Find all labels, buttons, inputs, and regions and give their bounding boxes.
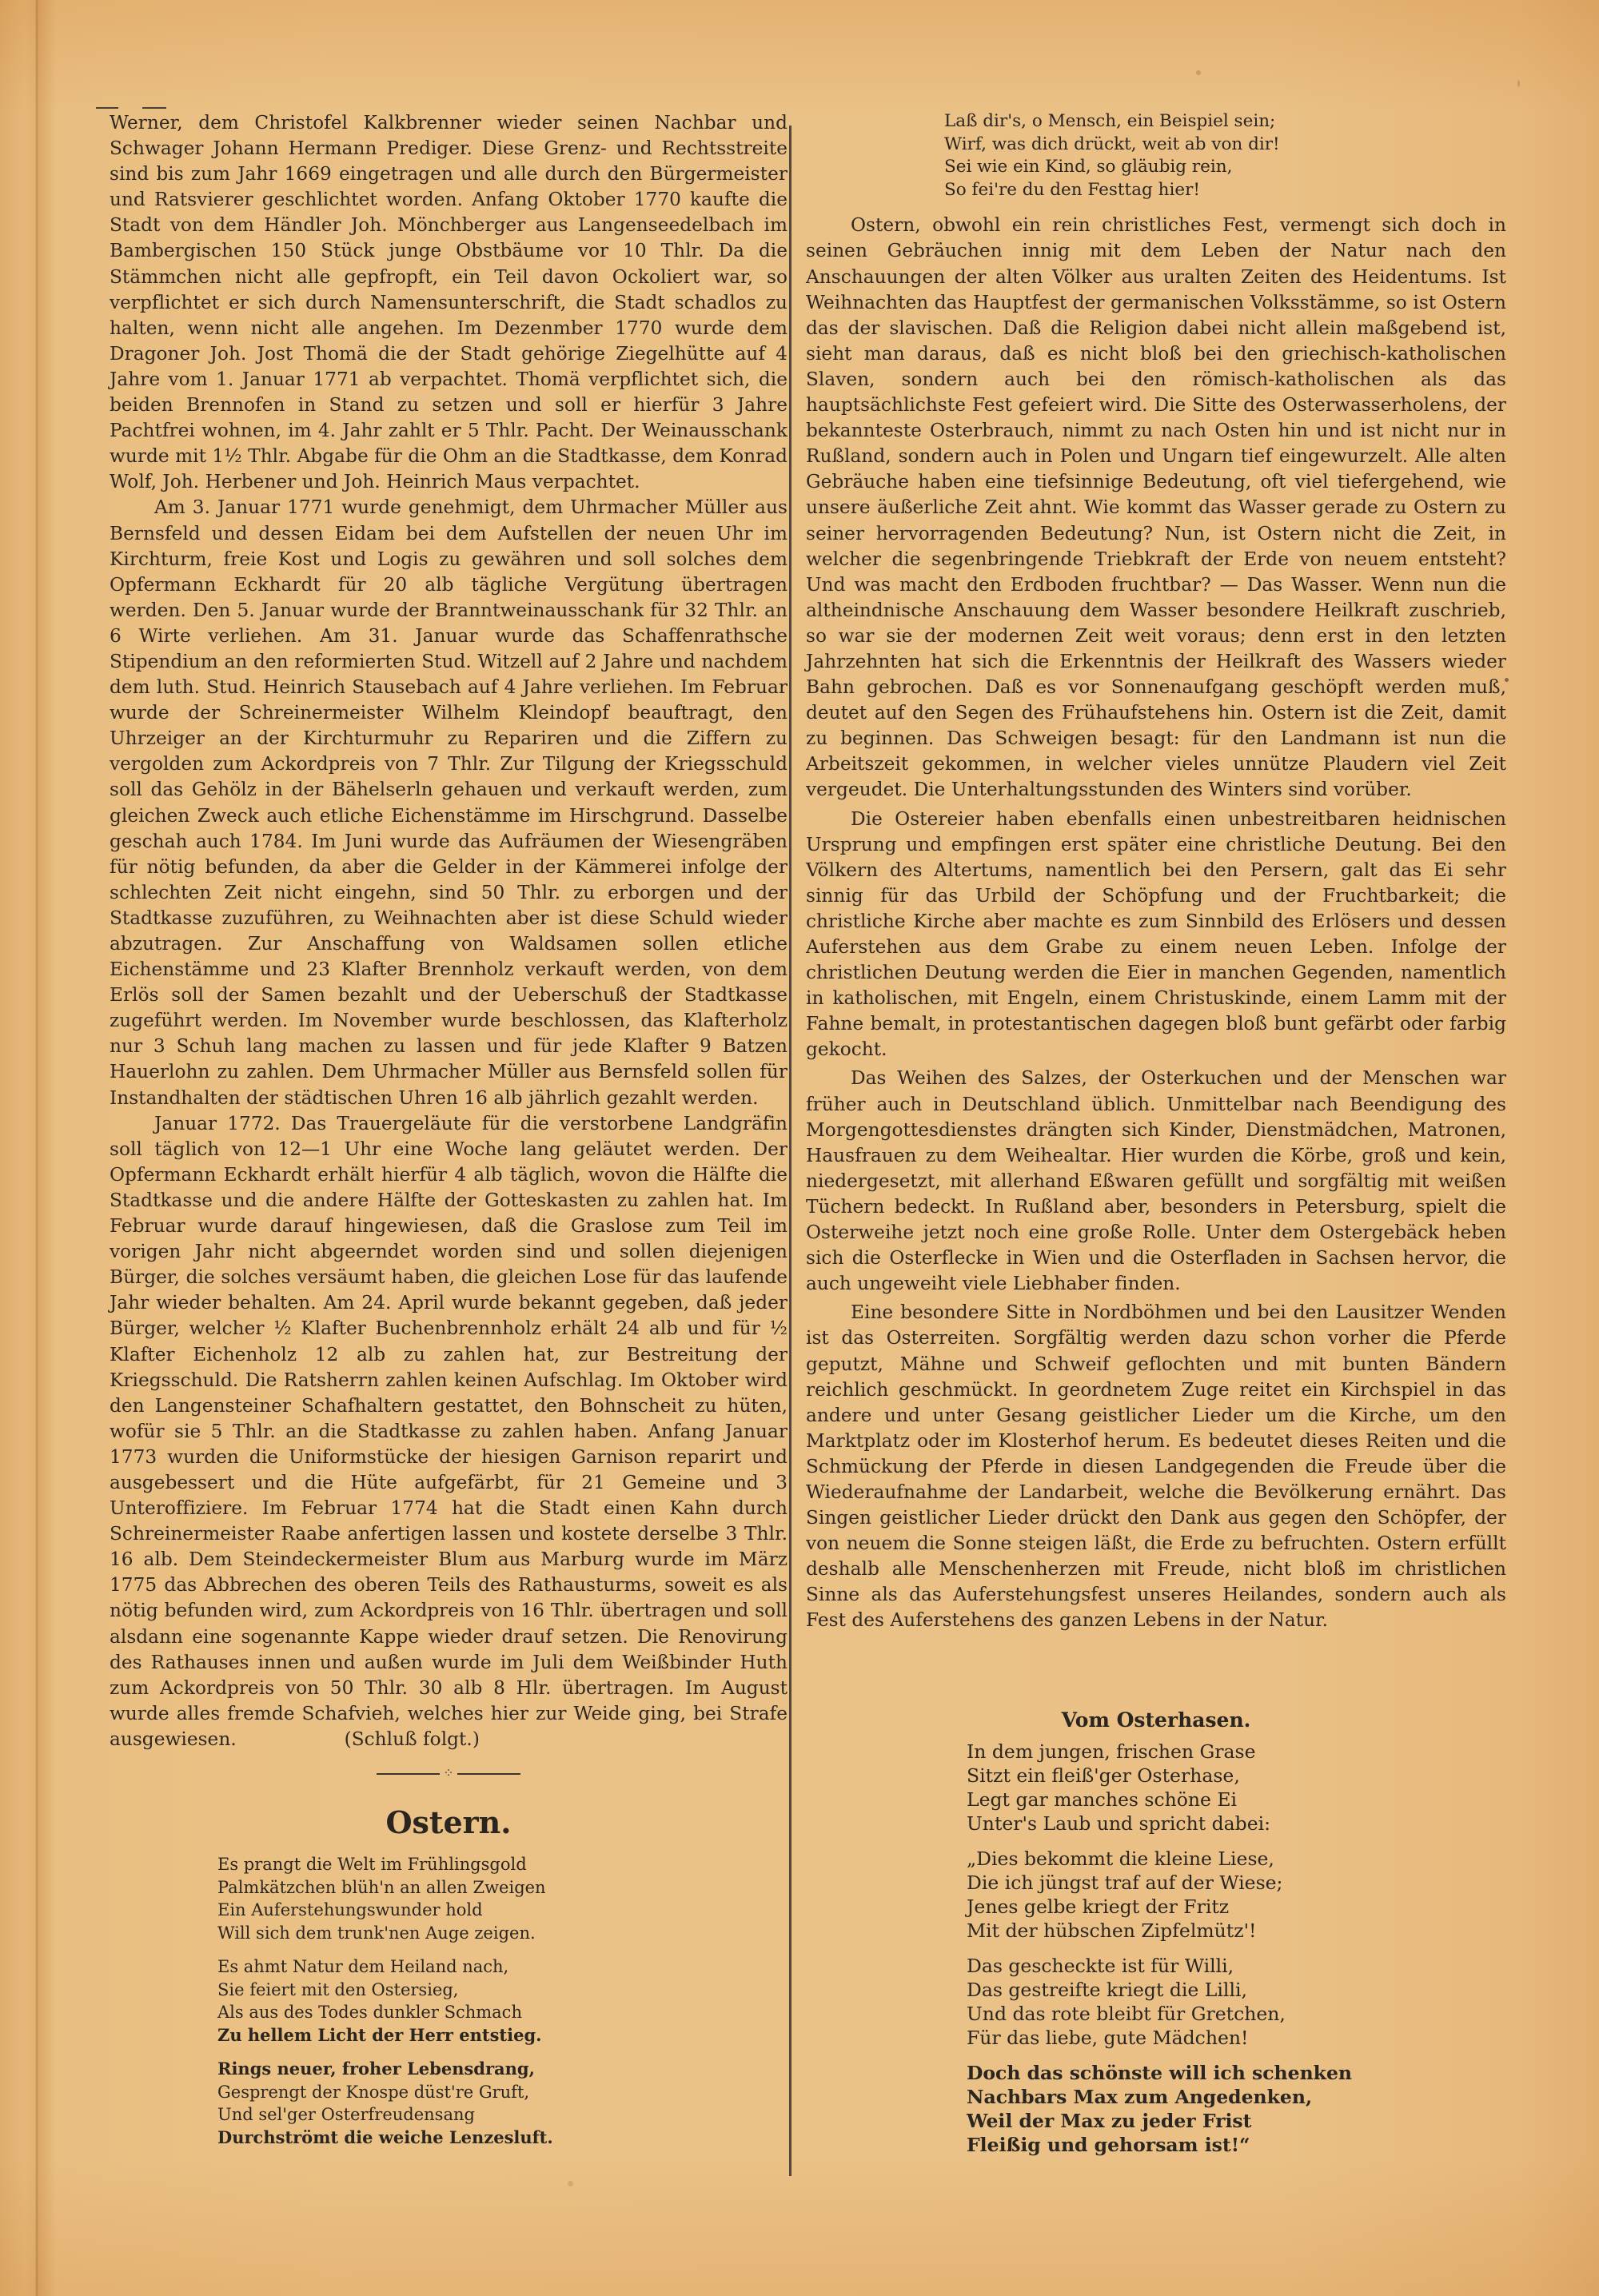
poem-line: „Dies bekommt die kleine Liese, [967,1847,1414,1871]
continued-note: (Schluß folgt.) [345,1728,480,1750]
poem-line: Es prangt die Welt im Frühlingsgold [217,1853,665,1876]
poem-line: Es ahmt Natur dem Heiland nach, [217,1955,665,1979]
ornament-glyph: ⁘ [443,1767,453,1780]
poem-line: Die ich jüngst traf auf der Wiese; [967,1871,1414,1895]
poem-line: Für das liebe, gute Mädchen! [967,2026,1414,2050]
poem-line: Will sich dem trunk'nen Auge zeigen. [217,1922,665,1945]
poem-line: Sei wie ein Kind, so gläubig rein, [944,156,1392,179]
paper-speck [568,2181,573,2186]
poem-line: Gesprengt der Knospe düst're Gruft, [217,2081,665,2104]
poem-line: Ein Auferstehungswunder hold [217,1899,665,1922]
poem-osterhase: In dem jungen, frischen Grase Sitzt ein … [967,1740,1414,2157]
poem-ostern-continued: Laß dir's, o Mensch, ein Beispiel sein; … [944,110,1392,201]
poem-line: Sitzt ein fleiß'ger Osterhase, [967,1764,1414,1788]
paper-speck [1196,70,1201,75]
poem-line: In dem jungen, frischen Grase [967,1740,1414,1764]
article-paragraph-text: Januar 1772. Das Trauergeläute für die v… [110,1113,788,1750]
poem-line: Und das rote bleibt für Gretchen, [967,2002,1414,2026]
right-column: Laß dir's, o Mensch, ein Beispiel sein; … [806,110,1506,2168]
poem-line: Fleißig und gehorsam ist!“ [967,2133,1414,2157]
poem-line: Legt gar manches schöne Ei [967,1788,1414,1812]
poem-stanza: Es ahmt Natur dem Heiland nach, Sie feie… [217,1955,665,2047]
poem-line: Nachbars Max zum Angedenken, [967,2085,1414,2109]
poem-stanza: Das gescheckte ist für Willi, Das gestre… [967,1954,1414,2050]
poem-line: Jenes gelbe kriegt der Fritz [967,1895,1414,1919]
poem-stanza: Es prangt die Welt im Frühlingsgold Palm… [217,1853,665,1944]
column-divider-rule [789,126,792,2176]
poem-title-ostern: Ostern. [110,1805,788,1840]
left-column: Werner, dem Christofel Kalkbrenner wiede… [110,110,788,2160]
section-divider-ornament: ⁘ [377,1768,520,1780]
newspaper-page: Werner, dem Christofel Kalkbrenner wiede… [0,0,1599,2296]
poem-line: Palmkätzchen blüh'n an allen Zweigen [217,1876,665,1899]
poem-line: Sie feiert mit den Ostersieg, [217,1979,665,2002]
poem-line: Wirf, was dich drückt, weit ab von dir! [944,134,1392,157]
poem-line: Zu hellem Licht der Herr entstieg. [217,2024,665,2047]
spacer [806,1634,1506,1708]
article-paragraph: Ostern, obwohl ein rein christliches Fes… [806,213,1506,803]
poem-line: Doch das schönste will ich schenken [967,2061,1414,2085]
poem-line: Laß dir's, o Mensch, ein Beispiel sein; [944,110,1392,134]
poem-stanza: Rings neuer, froher Lebensdrang, Gespren… [217,2058,665,2149]
poem-line: Mit der hübschen Zipfelmütz'! [967,1919,1414,1943]
poem-stanza: Laß dir's, o Mensch, ein Beispiel sein; … [944,110,1392,201]
article-paragraph: Am 3. Januar 1771 wurde genehmigt, dem U… [110,495,788,1110]
article-paragraph: Eine besondere Sitte in Nordböhmen und b… [806,1300,1506,1633]
poem-line: Rings neuer, froher Lebensdrang, [217,2058,665,2081]
poem-title-osterhase: Vom Osterhasen. [806,1708,1506,1733]
poem-line: Das gestreifte kriegt die Lilli, [967,1978,1414,2002]
poem-line: Durchströmt die weiche Lenzesluft. [217,2127,665,2150]
article-paragraph: Das Weihen des Salzes, der Osterkuchen u… [806,1066,1506,1297]
paper-speck [1517,80,1520,87]
poem-line: Unter's Laub und spricht dabei: [967,1812,1414,1836]
poem-stanza: „Dies bekommt die kleine Liese, Die ich … [967,1847,1414,1943]
article-paragraph: Werner, dem Christofel Kalkbrenner wiede… [110,110,788,495]
poem-line: Und sel'ger Osterfreudensang [217,2103,665,2127]
poem-stanza: Doch das schönste will ich schenken Nach… [967,2061,1414,2157]
poem-line: Weil der Max zu jeder Frist [967,2109,1414,2133]
poem-stanza: In dem jungen, frischen Grase Sitzt ein … [967,1740,1414,1836]
poem-ostern: Es prangt die Welt im Frühlingsgold Palm… [217,1853,665,2149]
poem-line: Das gescheckte ist für Willi, [967,1954,1414,1978]
top-rule-fragment [96,107,166,109]
poem-line: So fei're du den Festtag hier! [944,179,1392,202]
article-paragraph: Die Ostereier haben ebenfalls einen unbe… [806,807,1506,1063]
article-paragraph: Januar 1772. Das Trauergeläute für die v… [110,1111,788,1752]
poem-line: Als aus des Todes dunkler Schmach [217,2001,665,2024]
